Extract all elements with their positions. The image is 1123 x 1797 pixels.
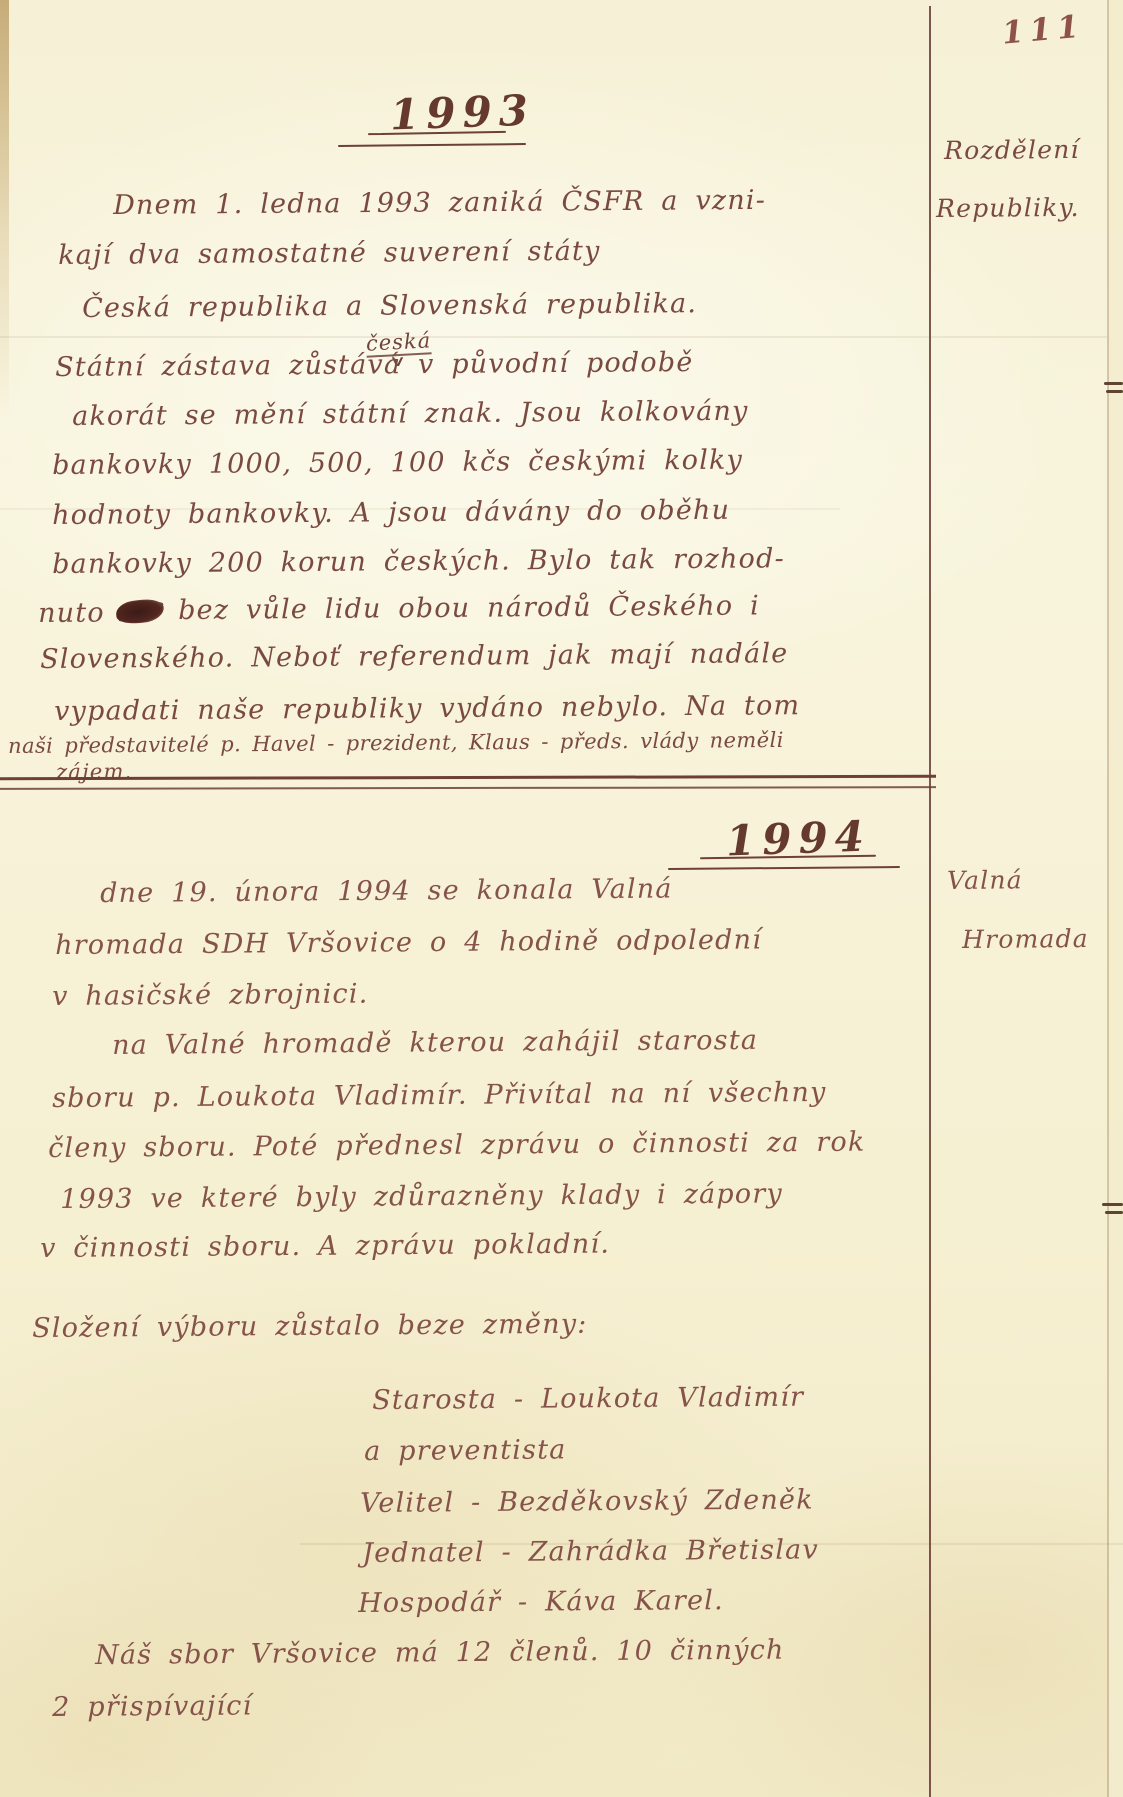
text-line: vypadati naše republiky vydáno nebylo. N… xyxy=(54,690,800,727)
text-line: na Valné hromadě kterou zahájil starosta xyxy=(112,1025,758,1061)
text-line: Náš sbor Vršovice má 12 členů. 10 činnýc… xyxy=(95,1635,785,1671)
text-line: Státní zástava zůstává v původní podobě xyxy=(55,347,694,383)
text-line: naši představitelé p. Havel - prezident,… xyxy=(8,728,784,758)
section-separator-line xyxy=(0,786,936,790)
margin-note: Hromada xyxy=(962,924,1089,954)
text-line: Složení výboru zůstalo beze změny: xyxy=(32,1309,588,1344)
text-line: 1993 ve které byly zdůrazněny klady i zá… xyxy=(60,1178,783,1215)
margin-note: Rozdělení xyxy=(944,135,1080,165)
ink-blot xyxy=(115,597,165,626)
text-line: dne 19. února 1994 se konala Valná xyxy=(100,874,673,909)
text-line: bankovky 1000, 500, 100 kčs českými kolk… xyxy=(52,445,743,481)
text-line: kají dva samostatné suverení státy xyxy=(58,236,601,271)
page-number: 111 xyxy=(1001,8,1087,51)
text-line: bez vůle lidu obou národů Českého i xyxy=(178,590,760,626)
page-right-edge xyxy=(1108,0,1123,1797)
margin-note: Valná xyxy=(947,865,1023,895)
page-left-edge xyxy=(0,0,9,420)
edge-mark xyxy=(1106,390,1123,393)
text-line: 2 přispívající xyxy=(52,1690,253,1723)
text-line: v hasičské zbrojnici. xyxy=(52,979,369,1012)
paper-crease xyxy=(0,336,1107,338)
margin-rule-line xyxy=(929,6,931,1797)
text-line: hodnoty bankovky. A jsou dávány do oběhu xyxy=(52,495,730,531)
text-line: členy sboru. Poté přednesl zprávu o činn… xyxy=(48,1127,866,1164)
text-line: hromada SDH Vršovice o 4 hodině odpoledn… xyxy=(55,924,762,961)
committee-line: a preventista xyxy=(364,1434,567,1467)
text-line: v činnosti sboru. A zprávu pokladní. xyxy=(40,1229,610,1264)
text-line: Slovenského. Neboť referendum jak mají n… xyxy=(40,638,789,675)
edge-mark xyxy=(1104,382,1123,385)
text-line: akorát se mění státní znak. Jsou kolková… xyxy=(72,396,749,432)
page-right-edge-line xyxy=(1107,0,1109,1797)
committee-line: Velitel - Bezděkovský Zdeněk xyxy=(360,1484,814,1519)
text-line: Dnem 1. ledna 1993 zaniká ČSFR a vzni- xyxy=(113,185,766,221)
committee-line: Hospodář - Káva Karel. xyxy=(358,1585,724,1619)
committee-line: Starosta - Loukota Vladimír xyxy=(372,1382,804,1416)
edge-mark xyxy=(1102,1203,1123,1206)
edge-mark xyxy=(1105,1211,1123,1214)
text-line: sboru p. Loukota Vladimír. Přivítal na n… xyxy=(52,1077,827,1114)
heading-underline xyxy=(338,143,526,147)
heading-underline xyxy=(668,866,900,870)
text-line: zájem. xyxy=(56,759,132,784)
text-line: bankovky 200 korun českých. Bylo tak roz… xyxy=(52,543,785,580)
committee-line: Jednatel - Zahrádka Břetislav xyxy=(362,1534,819,1569)
chronicle-page: 111 1993 Rozdělení Republiky. Dnem 1. le… xyxy=(0,0,1123,1797)
text-line: nuto xyxy=(38,597,105,629)
margin-note: Republiky. xyxy=(936,193,1080,223)
text-line: Česká republika a Slovenská republika. xyxy=(82,288,697,324)
section-separator-line xyxy=(0,775,936,780)
page-top-edge xyxy=(0,0,1123,7)
